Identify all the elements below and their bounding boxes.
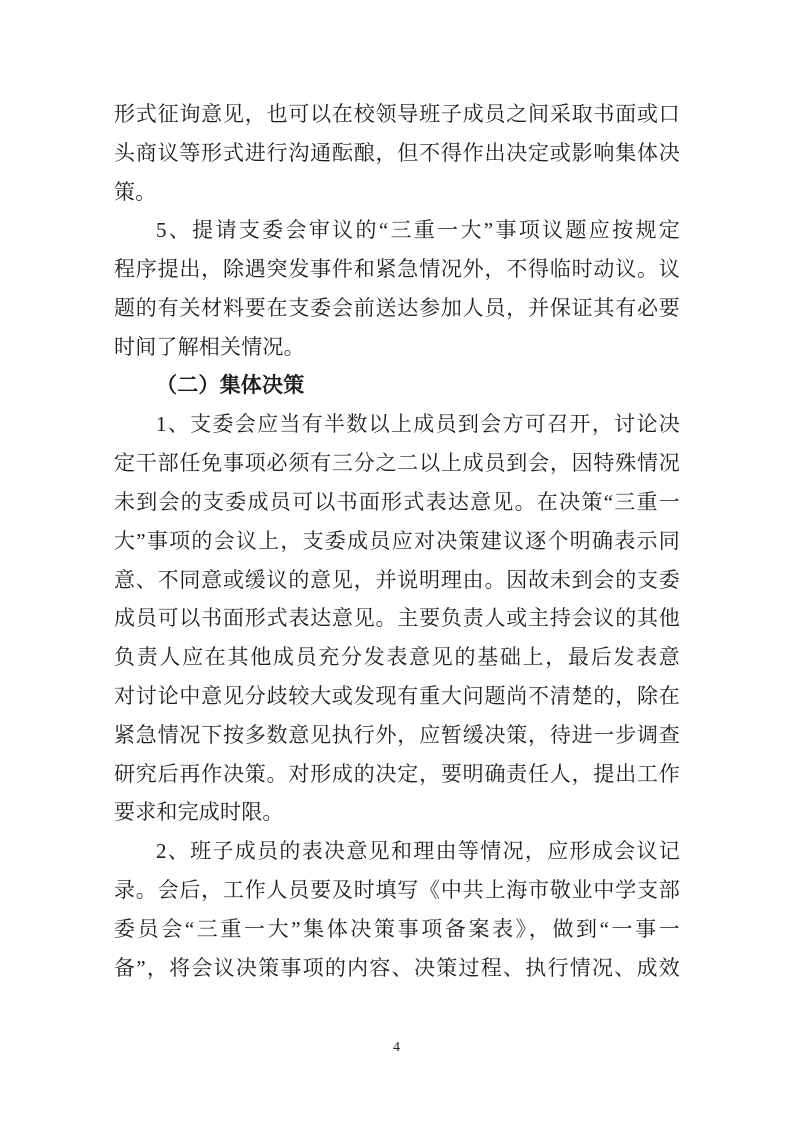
text-line: 成员可以书面形式表达意见。主要负责人或主持会议的其他: [114, 599, 680, 638]
text-line: 对讨论中意见分歧较大或发现有重大问题尚不清楚的，除在: [114, 677, 680, 716]
text-line: 5、提请支委会审议的“三重一大”事项议题应按规定: [114, 211, 680, 250]
document-page: 形式征询意见，也可以在校领导班子成员之间采取书面或口头商议等形式进行沟通酝酿，但…: [0, 0, 793, 1122]
page-number: 4: [393, 1040, 400, 1055]
document-body: 形式征询意见，也可以在校领导班子成员之间采取书面或口头商议等形式进行沟通酝酿，但…: [114, 95, 680, 987]
text-line: 录。会后，工作人员要及时填写《中共上海市敬业中学支部: [114, 871, 680, 910]
text-line: 要求和完成时限。: [114, 793, 680, 832]
text-line: 紧急情况下按多数意见执行外，应暂缓决策，待进一步调查: [114, 716, 680, 755]
text-line: 头商议等形式进行沟通酝酿，但不得作出决定或影响集体决: [114, 134, 680, 173]
paragraph-item-5: 5、提请支委会审议的“三重一大”事项议题应按规定程序提出，除遇突发事件和紧急情况…: [114, 211, 680, 366]
text-line: 意、不同意或缓议的意见，并说明理由。因故未到会的支委: [114, 561, 680, 600]
text-line: （二）集体决策: [114, 367, 680, 406]
text-line: 未到会的支委成员可以书面形式表达意见。在决策“三重一: [114, 483, 680, 522]
text-line: 2、班子成员的表决意见和理由等情况，应形成会议记: [114, 832, 680, 871]
text-line: 研究后再作决策。对形成的决定，要明确责任人，提出工作: [114, 755, 680, 794]
text-line: 题的有关材料要在支委会前送达参加人员，并保证其有必要: [114, 289, 680, 328]
paragraph-item-1: 1、支委会应当有半数以上成员到会方可召开，讨论决定干部任免事项必须有三分之二以上…: [114, 405, 680, 832]
text-line: 策。: [114, 173, 680, 212]
text-line: 1、支委会应当有半数以上成员到会方可召开，讨论决: [114, 405, 680, 444]
text-line: 形式征询意见，也可以在校领导班子成员之间采取书面或口: [114, 95, 680, 134]
text-line: 定干部任免事项必须有三分之二以上成员到会，因特殊情况: [114, 444, 680, 483]
paragraph-continuation: 形式征询意见，也可以在校领导班子成员之间采取书面或口头商议等形式进行沟通酝酿，但…: [114, 95, 680, 211]
page-footer: 4: [0, 1038, 793, 1058]
text-line: 大”事项的会议上，支委成员应对决策建议逐个明确表示同: [114, 522, 680, 561]
text-line: 委员会“三重一大”集体决策事项备案表》，做到“一事一: [114, 910, 680, 949]
text-line: 负责人应在其他成员充分发表意见的基础上，最后发表意见。: [114, 638, 680, 677]
text-line: 时间了解相关情况。: [114, 328, 680, 367]
text-line: 程序提出，除遇突发事件和紧急情况外，不得临时动议。议: [114, 250, 680, 289]
paragraph-item-2: 2、班子成员的表决意见和理由等情况，应形成会议记录。会后，工作人员要及时填写《中…: [114, 832, 680, 987]
text-line: 备”，将会议决策事项的内容、决策过程、执行情况、成效: [114, 949, 680, 988]
section-heading-collective-decision: （二）集体决策: [114, 367, 680, 406]
